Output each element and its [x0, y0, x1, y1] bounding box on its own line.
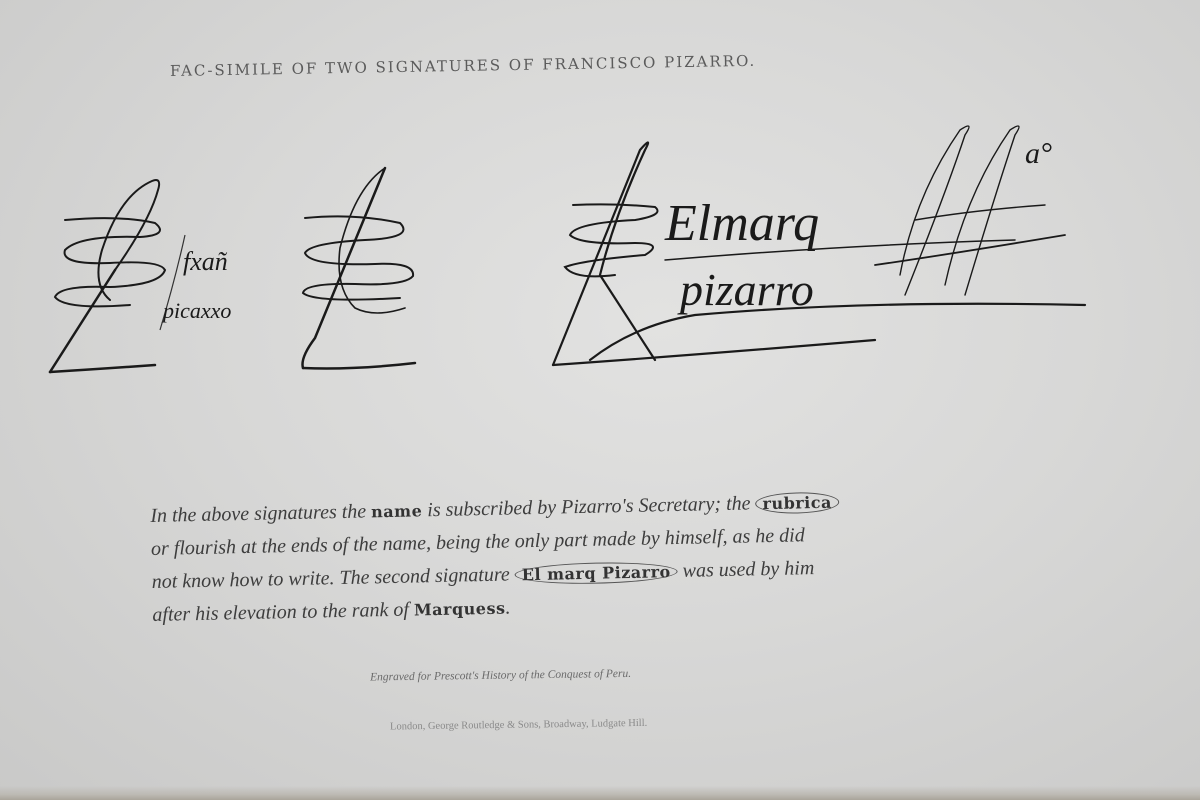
- plate-title: FAC-SIMILE OF TWO SIGNATURES OF FRANCISC…: [170, 48, 970, 80]
- first-signature-name: fxañ picaxxo: [155, 230, 295, 340]
- caption-paragraph: In the above signatures the name is subs…: [150, 482, 1033, 632]
- emphasis-name: name: [371, 501, 422, 521]
- second-signature: Elmarq pizarro a°: [545, 115, 1090, 380]
- second-signature-line-2: pizarro: [677, 264, 814, 315]
- first-signature-line-2: picaxxo: [161, 298, 231, 323]
- emphasis-rubrica: rubrica: [755, 492, 839, 515]
- engraving-credit: Engraved for Prescott's History of the C…: [370, 665, 870, 684]
- publisher-imprint: London, George Routledge & Sons, Broadwa…: [390, 715, 890, 733]
- first-signature-line-1: fxañ: [183, 247, 228, 276]
- emphasis-el-marq-pizarro: El marq Pizarro: [515, 561, 678, 585]
- second-signature-superscript: a°: [1025, 137, 1052, 170]
- engraved-plate-page: FAC-SIMILE OF TWO SIGNATURES OF FRANCISC…: [0, 0, 1200, 800]
- first-signature-rubrica-right: [295, 158, 425, 383]
- emphasis-marquess: Marquess: [414, 599, 506, 620]
- page-bottom-edge: [0, 786, 1200, 800]
- second-signature-line-1: Elmarq: [664, 195, 819, 252]
